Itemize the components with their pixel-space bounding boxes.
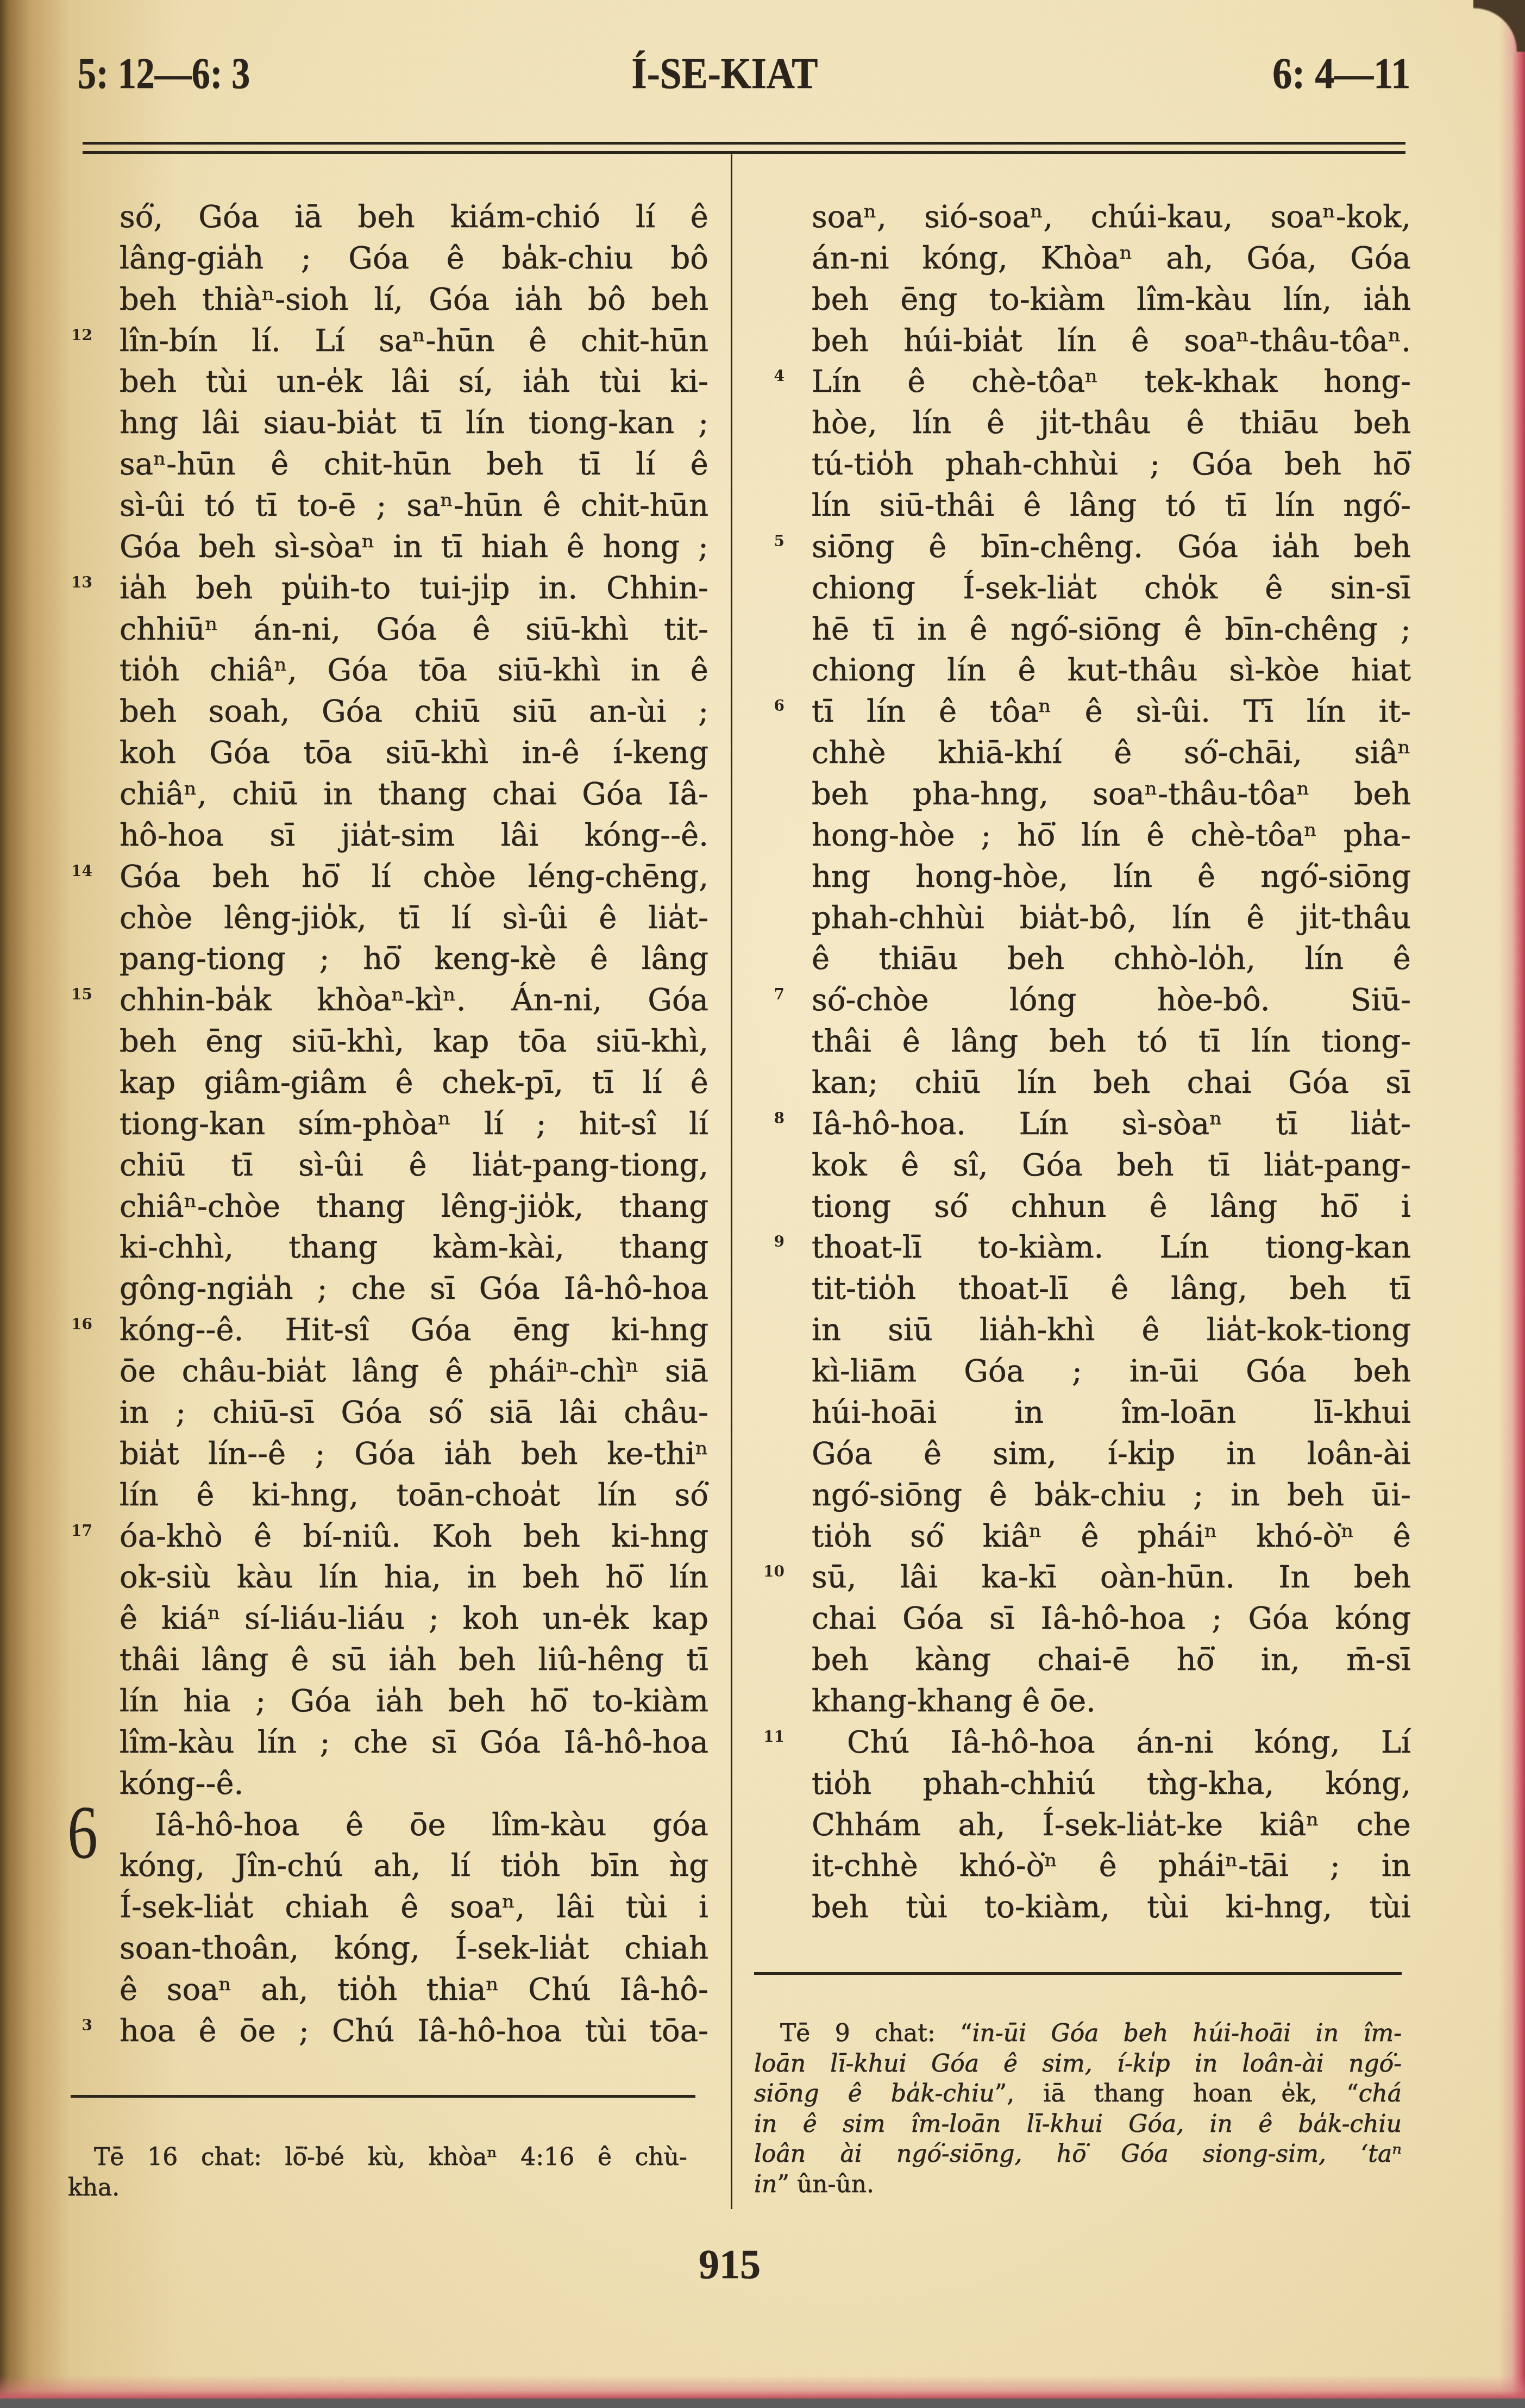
line-text: hòe, lín ê ji̍t-thâu ê thiāu beh xyxy=(812,405,1411,441)
line-text: ê soaⁿ ah, tio̍h thiaⁿ Chú Iâ-hô- xyxy=(120,1972,708,2007)
line-text: Góa beh sì-sòaⁿ in tī hiah ê hong ; xyxy=(120,529,708,565)
text-line: hòe, lín ê ji̍t-thâu ê thiāu beh xyxy=(812,403,1411,444)
text-line: chòe lêng-jio̍k, tī lí sì-ûi ê lia̍t- xyxy=(120,898,708,939)
footnote-right: Tē 9 chat: “in-ūi Góa beh húi-hoāi in îm… xyxy=(754,2018,1402,2199)
text-line: tio̍h só͘ kiâⁿ ê pháiⁿ khó-ò͘ⁿ ê xyxy=(812,1516,1411,1558)
right-column: soaⁿ, sió-soaⁿ, chúi-kau, soaⁿ-kok,án-ni… xyxy=(812,197,1411,1928)
line-text: hô-hoa sī jia̍t-sim lâi kóng--ê. xyxy=(120,818,708,853)
line-text: koh Góa tōa siū-khì in-ê í-keng xyxy=(120,735,708,771)
line-text: beh ēng to-kiàm lîm-kàu lín, ia̍h xyxy=(812,282,1411,317)
line-text: bia̍t lín--ê ; Góa ia̍h beh ke-thiⁿ xyxy=(120,1436,708,1472)
line-text: in siū lia̍h-khì ê lia̍t-kok-tiong xyxy=(812,1312,1411,1348)
text-line: in siū lia̍h-khì ê lia̍t-kok-tiong xyxy=(812,1310,1411,1351)
text-line: Iâ-hô-hoa ê ōe lîm-kàu góa xyxy=(120,1805,708,1846)
text-line: lâng-gia̍h ; Góa ê ba̍k-chiu bô xyxy=(120,238,708,279)
left-column: só͘, Góa iā beh kiám-chió lí êlâng-gia̍h… xyxy=(120,197,708,2052)
line-text: kok ê sî, Góa beh tī lia̍t-pang- xyxy=(812,1148,1411,1183)
text-line: kan; chiū lín beh chai Góa sī xyxy=(812,1062,1411,1104)
verse-number: 11 xyxy=(763,1729,785,1744)
line-text: só͘, Góa iā beh kiám-chió lí ê xyxy=(120,199,708,235)
line-text: Iâ-hô-hoa ê ōe lîm-kàu góa xyxy=(155,1807,708,1843)
footnote-left: Tē 16 chat: lō͘-bé kù, khòaⁿ 4:16 ê chù-… xyxy=(68,2142,687,2203)
text-line: beh ēng to-kiàm lîm-kàu lín, ia̍h xyxy=(812,279,1411,321)
line-text: ê kiáⁿ sí-liáu-liáu ; koh un-e̍k kap xyxy=(120,1601,708,1636)
footnote-text: kha. xyxy=(68,2174,120,2201)
text-line: tú-tio̍h phah-chhùi ; Góa beh hō͘ xyxy=(812,444,1411,485)
line-text: phah-chhùi bia̍t-bô, lín ê ji̍t-thâu xyxy=(812,900,1411,936)
footnote-line: Tē 9 chat: “in-ūi Góa beh húi-hoāi in îm… xyxy=(754,2018,1402,2049)
line-text: hoa ê ōe ; Chú Iâ-hô-hoa tùi tōa- xyxy=(120,2013,708,2049)
text-line: bia̍t lín--ê ; Góa ia̍h beh ke-thiⁿ xyxy=(120,1434,708,1475)
line-text: ia̍h beh pu̍ih-to tui-ji̍p in. Chhin- xyxy=(120,571,708,606)
line-text: it-chhè khó-ò͘ⁿ ê pháiⁿ-tāi ; in xyxy=(812,1848,1411,1884)
line-text: tio̍h chiâⁿ, Góa tōa siū-khì in ê xyxy=(120,653,708,688)
line-text: ōe châu-bia̍t lâng ê pháiⁿ-chìⁿ siā xyxy=(120,1354,708,1389)
text-line: chiū tī sì-ûi ê lia̍t-pang-tiong, xyxy=(120,1145,708,1186)
text-line: kóng, Jîn-chú ah, lí tio̍h bīn ǹg xyxy=(120,1846,708,1887)
line-text: soaⁿ, sió-soaⁿ, chúi-kau, soaⁿ-kok, xyxy=(812,199,1411,235)
line-text: hong-hòe ; hō͘ lín ê chè-tôaⁿ pha- xyxy=(812,818,1411,853)
text-line: 13ia̍h beh pu̍ih-to tui-ji̍p in. Chhin- xyxy=(120,568,708,609)
text-line: beh thiàⁿ-sioh lí, Góa ia̍h bô beh xyxy=(120,279,708,321)
header-double-rule xyxy=(83,142,1405,154)
line-text: Í-sek-lia̍t chiah ê soaⁿ, lâi tùi i xyxy=(120,1890,708,1925)
text-line: pang-tiong ; hō͘ keng-kè ê lâng xyxy=(120,939,708,980)
line-text: chiong lín ê kut-thâu sì-kòe hiat xyxy=(812,653,1411,688)
footnote-line: loân ài ngó͘-siōng, hō͘ Góa siong-sim, ‘… xyxy=(754,2139,1402,2169)
text-line: tio̍h phah-chhiú tǹg-kha, kóng, xyxy=(812,1763,1411,1805)
text-line: lîm-kàu lín ; che sī Góa Iâ-hô-hoa xyxy=(120,1722,708,1763)
text-line: 17óa-khò ê bí-niû. Koh beh ki-hng xyxy=(120,1516,708,1558)
verse-number: 17 xyxy=(71,1523,92,1538)
verse-number: 8 xyxy=(774,1111,785,1126)
line-text: ngó͘-siōng ê ba̍k-chiu ; in beh ūi- xyxy=(812,1478,1411,1513)
text-line: 4Lín ê chè-tôaⁿ tek-khak hong- xyxy=(812,361,1411,403)
text-line: tio̍h chiâⁿ, Góa tōa siū-khì in ê xyxy=(120,650,708,691)
book-corner-shadow xyxy=(1473,0,1525,52)
text-line: chiâⁿ, chiū in thang chai Góa Iâ- xyxy=(120,774,708,815)
text-line: hô-hoa sī jia̍t-sim lâi kóng--ê. xyxy=(120,815,708,856)
line-text: Chhám ah, Í-sek-lia̍t-ke kiâⁿ che xyxy=(812,1807,1411,1843)
header-right-reference: 6: 4—11 xyxy=(1272,52,1410,96)
line-text: Góa ê sim, í-ki̍p in loân-ài xyxy=(812,1436,1411,1472)
verse-number: 12 xyxy=(71,328,92,343)
line-text: saⁿ-hūn ê chit-hūn beh tī lí ê xyxy=(120,447,708,482)
text-line: beh soah, Góa chiū siū an-ùi ; xyxy=(120,691,708,733)
line-text: chai Góa sī Iâ-hô-hoa ; Góa kóng xyxy=(812,1601,1411,1636)
footnote-line: loān lī-khui Góa ê sim, í-ki̍p in loân-à… xyxy=(754,2049,1402,2079)
text-line: 12lîn-bín lí. Lí saⁿ-hūn ê chit-hūn xyxy=(120,321,708,362)
footnote-line: siōng ê ba̍k-chiu”, iā thang hoan e̍k, “… xyxy=(754,2079,1402,2109)
line-text: beh thiàⁿ-sioh lí, Góa ia̍h bô beh xyxy=(120,282,708,317)
line-text: thâi ê lâng beh tó tī lín tiong- xyxy=(812,1024,1411,1059)
text-line: lín ê ki-hng, toān-choa̍t lín só͘ xyxy=(120,1475,708,1516)
text-line: chai Góa sī Iâ-hô-hoa ; Góa kóng xyxy=(812,1598,1411,1640)
line-text: ki-chhì, thang kàm-kài, thang xyxy=(120,1230,708,1265)
text-line: 5siōng ê bīn-chêng. Góa ia̍h beh xyxy=(812,527,1411,568)
text-line: ê soaⁿ ah, tio̍h thiaⁿ Chú Iâ-hô- xyxy=(120,1969,708,2011)
line-text: ê thiāu beh chhò-lo̍h, lín ê xyxy=(812,941,1411,977)
text-line: hng hong-hòe, lín ê ngó͘-siōng xyxy=(812,856,1411,898)
footnote-rule-right xyxy=(754,1972,1402,1975)
text-line: 7só͘-chòe lóng hòe-bô. Siū- xyxy=(812,980,1411,1021)
line-text: kan; chiū lín beh chai Góa sī xyxy=(812,1065,1411,1100)
text-line: 6tī lín ê tôaⁿ ê sì-ûi. Tī lín it- xyxy=(812,691,1411,733)
text-line: 11Chú Iâ-hô-hoa án-ni kóng, Lí xyxy=(812,1722,1411,1763)
line-text: siōng ê bīn-chêng. Góa ia̍h beh xyxy=(812,529,1411,565)
line-text: chhè khiā-khí ê só͘-chāi, siâⁿ xyxy=(812,735,1411,771)
text-line: 9thoat-lī to-kiàm. Lín tiong-kan xyxy=(812,1227,1411,1268)
line-text: ok-siù kàu lín hia, in beh hō͘ lín xyxy=(120,1560,708,1595)
text-line: gông-ngia̍h ; che sī Góa Iâ-hô-hoa xyxy=(120,1268,708,1310)
line-text: tio̍h só͘ kiâⁿ ê pháiⁿ khó-ò͘ⁿ ê xyxy=(812,1519,1411,1554)
line-text: chòe lêng-jio̍k, tī lí sì-ûi ê lia̍t- xyxy=(120,900,708,936)
text-line: Í-sek-lia̍t chiah ê soaⁿ, lâi tùi i xyxy=(120,1887,708,1928)
footnote-text: in-ūi Góa beh húi-hoāi in îm- xyxy=(972,2019,1402,2047)
text-line: beh tùi to-kiàm, tùi ki-hng, tùi xyxy=(812,1887,1411,1928)
verse-number: 6 xyxy=(774,698,785,714)
text-line: beh tùi un-e̍k lâi sí, ia̍h tùi ki- xyxy=(120,361,708,403)
line-text: beh kàng chai-ē hō͘ in, m̄-sī xyxy=(812,1642,1411,1678)
line-text: hē tī in ê ngó͘-siōng ê bīn-chêng ; xyxy=(812,612,1411,647)
text-line: kok ê sî, Góa beh tī lia̍t-pang- xyxy=(812,1145,1411,1186)
text-line: Góa beh sì-sòaⁿ in tī hiah ê hong ; xyxy=(120,527,708,568)
line-text: kóng--ê. xyxy=(120,1766,243,1802)
page-number: 915 xyxy=(675,2244,784,2285)
text-line: khang-khang ê ōe. xyxy=(812,1681,1411,1722)
line-text: kap giâm-giâm ê chek-pī, tī lí ê xyxy=(120,1065,708,1100)
text-line: beh kàng chai-ē hō͘ in, m̄-sī xyxy=(812,1640,1411,1681)
line-text: tiong-kan sím-phòaⁿ lí ; hit-sî lí xyxy=(120,1106,708,1142)
text-line: soan-thoân, kóng, Í-sek-lia̍t chiah xyxy=(120,1928,708,1969)
footnote-line: kha. xyxy=(68,2173,687,2203)
line-text: lín ê ki-hng, toān-choa̍t lín só͘ xyxy=(120,1478,708,1513)
text-line: tiong só͘ chhun ê lâng hō͘ i xyxy=(812,1186,1411,1228)
footnote-text: ” ûn-ûn. xyxy=(777,2171,874,2198)
line-text: chiâⁿ-chòe thang lêng-jio̍k, thang xyxy=(120,1189,708,1224)
text-line: 3hoa ê ōe ; Chú Iâ-hô-hoa tùi tōa- xyxy=(120,2011,708,2052)
text-line: ki-chhì, thang kàm-kài, thang xyxy=(120,1227,708,1268)
text-line: 16kóng--ê. Hit-sî Góa ēng ki-hng xyxy=(120,1310,708,1351)
footnote-text: loān lī-khui Góa ê sim, í-ki̍p in loân-à… xyxy=(754,2050,1402,2078)
footnote-line: Tē 16 chat: lō͘-bé kù, khòaⁿ 4:16 ê chù- xyxy=(68,2142,687,2173)
line-text: beh pha-hng, soaⁿ-thâu-tôaⁿ beh xyxy=(812,777,1411,812)
text-line: lín siū-thâi ê lâng tó tī lín ngó͘- xyxy=(812,485,1411,527)
line-text: só͘-chòe lóng hòe-bô. Siū- xyxy=(812,983,1411,1018)
book-title: Í-SE-KIAT xyxy=(627,52,823,96)
header-left-reference: 5: 12—6: 3 xyxy=(78,52,250,96)
footnote-text: in ê sim îm-loān lī-khui Góa, in ê ba̍k-… xyxy=(754,2110,1402,2138)
text-line: saⁿ-hūn ê chit-hūn beh tī lí ê xyxy=(120,444,708,485)
text-line: tit-tio̍h thoat-lī ê lâng, beh tī xyxy=(812,1268,1411,1310)
line-text: beh tùi un-e̍k lâi sí, ia̍h tùi ki- xyxy=(120,364,708,399)
text-line: sì-ûi tó tī to-ē ; saⁿ-hūn ê chit-hūn xyxy=(120,485,708,527)
verse-number: 10 xyxy=(763,1564,785,1579)
text-line: it-chhè khó-ò͘ⁿ ê pháiⁿ-tāi ; in xyxy=(812,1846,1411,1887)
line-text: lín hia ; Góa ia̍h beh hō͘ to-kiàm xyxy=(120,1684,708,1719)
line-text: beh tùi to-kiàm, tùi ki-hng, tùi xyxy=(812,1890,1411,1925)
text-line: 10sū, lâi ka-kī oàn-hūn. In beh xyxy=(812,1557,1411,1598)
line-text: beh húi-bia̍t lín ê soaⁿ-thâu-tôaⁿ. xyxy=(812,323,1411,359)
text-line: chhiūⁿ án-ni, Góa ê siū-khì tit- xyxy=(120,609,708,651)
text-line: in ; chiū-sī Góa só͘ siā lâi châu- xyxy=(120,1392,708,1434)
verse-number: 5 xyxy=(774,534,785,549)
text-line: ōe châu-bia̍t lâng ê pháiⁿ-chìⁿ siā xyxy=(120,1351,708,1392)
line-text: pang-tiong ; hō͘ keng-kè ê lâng xyxy=(120,941,708,977)
line-text: lâng-gia̍h ; Góa ê ba̍k-chiu bô xyxy=(120,241,708,276)
line-text: thoat-lī to-kiàm. Lín tiong-kan xyxy=(812,1230,1411,1265)
text-line: ok-siù kàu lín hia, in beh hō͘ lín xyxy=(120,1557,708,1598)
line-text: chhin-ba̍k khòaⁿ-kìⁿ. Án-ni, Góa xyxy=(120,983,708,1018)
line-text: Chú Iâ-hô-hoa án-ni kóng, Lí xyxy=(847,1725,1411,1760)
text-line: kap giâm-giâm ê chek-pī, tī lí ê xyxy=(120,1062,708,1104)
verse-number: 4 xyxy=(774,368,785,384)
line-text: kóng--ê. Hit-sî Góa ēng ki-hng xyxy=(120,1312,708,1348)
text-line: án-ni kóng, Khòaⁿ ah, Góa, Góa xyxy=(812,238,1411,279)
line-text: Lín ê chè-tôaⁿ tek-khak hong- xyxy=(812,364,1411,399)
footnote-text: siōng ê ba̍k-chiu xyxy=(754,2080,995,2107)
text-line: hē tī in ê ngó͘-siōng ê bīn-chêng ; xyxy=(812,609,1411,651)
line-text: hng hong-hòe, lín ê ngó͘-siōng xyxy=(812,859,1411,895)
footnote-text: ”, iā thang hoan e̍k, “ xyxy=(995,2080,1359,2107)
text-line: beh ēng siū-khì, kap tōa siū-khì, xyxy=(120,1021,708,1062)
line-text: soan-thoân, kóng, Í-sek-lia̍t chiah xyxy=(120,1931,708,1966)
line-text: húi-hoāi in îm-loān lī-khui xyxy=(812,1395,1411,1430)
footnote-line: in” ûn-ûn. xyxy=(754,2169,1402,2200)
verse-number: 7 xyxy=(774,987,785,1002)
verse-number: 3 xyxy=(82,2018,92,2033)
verse-number: 14 xyxy=(71,864,92,879)
verse-number: 9 xyxy=(774,1234,785,1249)
line-text: hng lâi siau-bia̍t tī lín tiong-kan ; xyxy=(120,405,708,441)
line-text: lîn-bín lí. Lí saⁿ-hūn ê chit-hūn xyxy=(120,323,708,359)
text-line: phah-chhùi bia̍t-bô, lín ê ji̍t-thâu xyxy=(812,898,1411,939)
line-text: in ; chiū-sī Góa só͘ siā lâi châu- xyxy=(120,1395,708,1430)
line-text: chiong Í-sek-lia̍t cho̍k ê sin-sī xyxy=(812,571,1411,606)
text-line: 14Góa beh hō͘ lí chòe léng-chēng, xyxy=(120,856,708,898)
line-text: sì-ûi tó tī to-ē ; saⁿ-hūn ê chit-hūn xyxy=(120,488,708,523)
text-line: kóng--ê. xyxy=(120,1763,708,1805)
verse-number: 13 xyxy=(71,575,92,590)
text-line: Góa ê sim, í-ki̍p in loân-ài xyxy=(812,1434,1411,1475)
line-text: kì-liām Góa ; in-ūi Góa beh xyxy=(812,1354,1411,1389)
column-divider xyxy=(731,154,732,2209)
line-text: gông-ngia̍h ; che sī Góa Iâ-hô-hoa xyxy=(120,1271,708,1306)
text-line: thâi lâng ê sū ia̍h beh liû-hêng tī xyxy=(120,1640,708,1681)
text-line: koh Góa tōa siū-khì in-ê í-keng xyxy=(120,733,708,774)
text-line: hong-hòe ; hō͘ lín ê chè-tôaⁿ pha- xyxy=(812,815,1411,856)
line-text: tú-tio̍h phah-chhùi ; Góa beh hō͘ xyxy=(812,447,1411,482)
text-line: ê thiāu beh chhò-lo̍h, lín ê xyxy=(812,939,1411,980)
footnote-rule-left xyxy=(71,2095,695,2098)
text-line: chiâⁿ-chòe thang lêng-jio̍k, thang xyxy=(120,1186,708,1228)
text-line: húi-hoāi in îm-loān lī-khui xyxy=(812,1392,1411,1434)
text-line: lín hia ; Góa ia̍h beh hō͘ to-kiàm xyxy=(120,1681,708,1722)
line-text: tio̍h phah-chhiú tǹg-kha, kóng, xyxy=(812,1766,1411,1802)
text-line: ngó͘-siōng ê ba̍k-chiu ; in beh ūi- xyxy=(812,1475,1411,1516)
line-text: beh ēng siū-khì, kap tōa siū-khì, xyxy=(120,1024,708,1059)
text-line: chiong Í-sek-lia̍t cho̍k ê sin-sī xyxy=(812,568,1411,609)
text-line: 8Iâ-hô-hoa. Lín sì-sòaⁿ tī lia̍t- xyxy=(812,1104,1411,1145)
text-line: beh húi-bia̍t lín ê soaⁿ-thâu-tôaⁿ. xyxy=(812,321,1411,362)
text-line: chiong lín ê kut-thâu sì-kòe hiat xyxy=(812,650,1411,691)
line-text: lîm-kàu lín ; che sī Góa Iâ-hô-hoa xyxy=(120,1725,708,1760)
chapter-number: 6 xyxy=(67,1795,98,1871)
verse-number: 15 xyxy=(71,987,92,1002)
line-text: chiū tī sì-ûi ê lia̍t-pang-tiong, xyxy=(120,1148,708,1183)
line-text: óa-khò ê bí-niû. Koh beh ki-hng xyxy=(120,1519,708,1554)
line-text: kóng, Jîn-chú ah, lí tio̍h bīn ǹg xyxy=(120,1848,708,1884)
text-line: ê kiáⁿ sí-liáu-liáu ; koh un-e̍k kap xyxy=(120,1598,708,1640)
line-text: Iâ-hô-hoa. Lín sì-sòaⁿ tī lia̍t- xyxy=(812,1106,1411,1142)
line-text: Góa beh hō͘ lí chòe léng-chēng, xyxy=(120,859,708,895)
footnote-text: in xyxy=(754,2171,777,2198)
text-line: 15chhin-ba̍k khòaⁿ-kìⁿ. Án-ni, Góa xyxy=(120,980,708,1021)
text-line: thâi ê lâng beh tó tī lín tiong- xyxy=(812,1021,1411,1062)
line-text: lín siū-thâi ê lâng tó tī lín ngó͘- xyxy=(812,488,1411,523)
line-text: sū, lâi ka-kī oàn-hūn. In beh xyxy=(812,1560,1411,1595)
verse-number: 16 xyxy=(71,1317,92,1332)
text-line: hng lâi siau-bia̍t tī lín tiong-kan ; xyxy=(120,403,708,444)
text-line: Chhám ah, Í-sek-lia̍t-ke kiâⁿ che xyxy=(812,1805,1411,1846)
footnote-text: Tē 9 chat: “ xyxy=(780,2019,972,2047)
footnote-text: loân ài ngó͘-siōng, hō͘ Góa siong-sim, ‘… xyxy=(754,2140,1402,2168)
text-line: só͘, Góa iā beh kiám-chió lí ê xyxy=(120,197,708,238)
text-line: tiong-kan sím-phòaⁿ lí ; hit-sî lí xyxy=(120,1104,708,1145)
text-line: kì-liām Góa ; in-ūi Góa beh xyxy=(812,1351,1411,1392)
line-text: án-ni kóng, Khòaⁿ ah, Góa, Góa xyxy=(812,241,1411,276)
text-line: beh pha-hng, soaⁿ-thâu-tôaⁿ beh xyxy=(812,774,1411,815)
line-text: khang-khang ê ōe. xyxy=(812,1684,1096,1719)
footnote-text: chá xyxy=(1359,2080,1402,2107)
line-text: chhiūⁿ án-ni, Góa ê siū-khì tit- xyxy=(120,612,708,647)
line-text: tiong só͘ chhun ê lâng hō͘ i xyxy=(812,1189,1411,1224)
line-text: thâi lâng ê sū ia̍h beh liû-hêng tī xyxy=(120,1642,708,1678)
footnote-text: Tē 16 chat: lō͘-bé kù, khòaⁿ 4:16 ê chù- xyxy=(94,2143,687,2171)
line-text: beh soah, Góa chiū siū an-ùi ; xyxy=(120,694,708,729)
line-text: chiâⁿ, chiū in thang chai Góa Iâ- xyxy=(120,777,708,812)
line-text: tit-tio̍h thoat-lī ê lâng, beh tī xyxy=(812,1271,1411,1306)
footnote-line: in ê sim îm-loān lī-khui Góa, in ê ba̍k-… xyxy=(754,2109,1402,2140)
text-line: chhè khiā-khí ê só͘-chāi, siâⁿ xyxy=(812,733,1411,774)
text-line: soaⁿ, sió-soaⁿ, chúi-kau, soaⁿ-kok, xyxy=(812,197,1411,238)
line-text: tī lín ê tôaⁿ ê sì-ûi. Tī lín it- xyxy=(812,694,1411,729)
